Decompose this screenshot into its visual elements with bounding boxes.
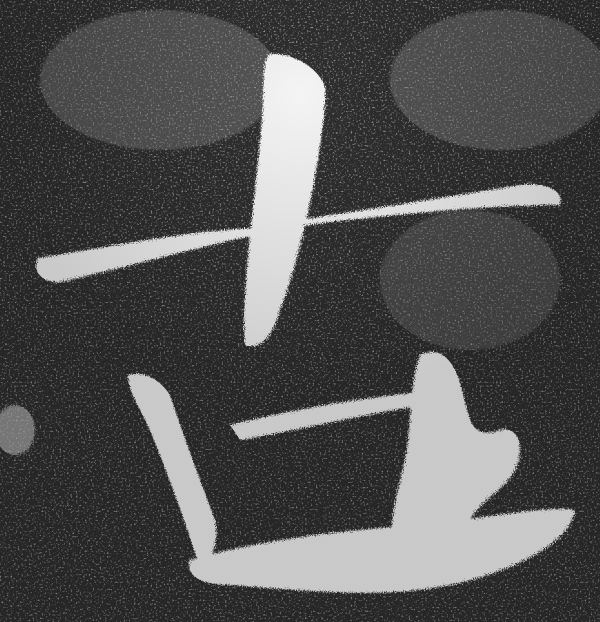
rubbing-image: 出 xyxy=(0,0,600,622)
character-rubbing xyxy=(0,0,600,622)
